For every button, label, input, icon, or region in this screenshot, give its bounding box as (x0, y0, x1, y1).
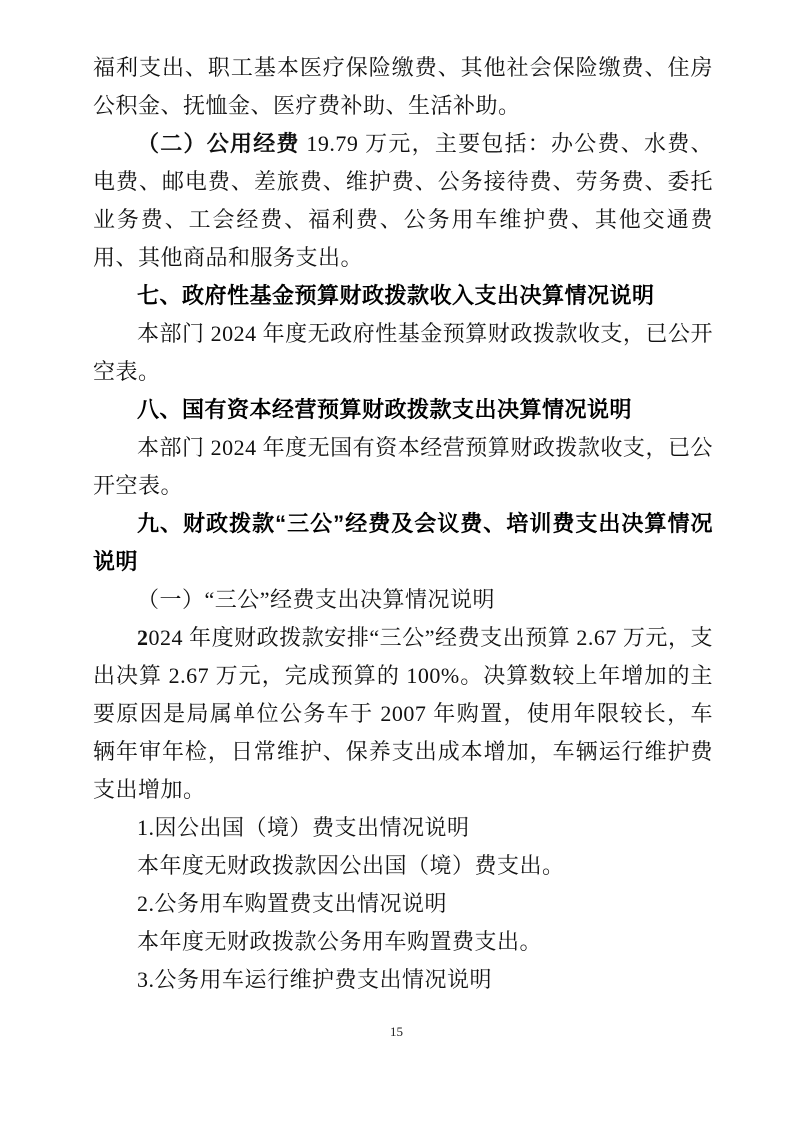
text-run: 本年度无财政拨款公务用车购置费支出。 (137, 929, 542, 954)
page-number: 15 (0, 1024, 793, 1040)
section-heading: 七、政府性基金预算财政拨款收入支出决算情况说明 (93, 277, 713, 315)
sub-heading: 2.公务用车购置费支出情况说明 (93, 885, 713, 923)
body-paragraph: 本部门 2024 年度无国有资本经营预算财政拨款收支，已公开空表。 (93, 429, 713, 505)
text-run: 2.公务用车购置费支出情况说明 (137, 891, 447, 916)
sub-heading: （一）“三公”经费支出决算情况说明 (93, 581, 713, 619)
text-run: 本部门 2024 年度无政府性基金预算财政拨款收支，已公开空表。 (93, 321, 713, 384)
text-run: 本年度无财政拨款因公出国（境）费支出。 (137, 853, 565, 878)
text-run: 本部门 2024 年度无国有资本经营预算财政拨款收支，已公开空表。 (93, 435, 713, 498)
text-run: 1.因公出国（境）费支出情况说明 (137, 815, 470, 840)
text-run: 024 年度财政拨款安排“三公”经费支出预算 2.67 万元，支出决算 2.67… (93, 625, 713, 802)
text-run-bold: 七、政府性基金预算财政拨款收入支出决算情况说明 (137, 283, 655, 308)
text-run-bold: 九、财政拨款“三公”经费及会议费、培训费支出决算情况说明 (93, 511, 713, 574)
document-content: 福利支出、职工基本医疗保险缴费、其他社会保险缴费、住房公积金、抚恤金、医疗费补助… (93, 49, 713, 999)
sub-heading: 1.因公出国（境）费支出情况说明 (93, 809, 713, 847)
body-paragraph: 本部门 2024 年度无政府性基金预算财政拨款收支，已公开空表。 (93, 315, 713, 391)
body-paragraph: 本年度无财政拨款公务用车购置费支出。 (93, 923, 713, 961)
text-run-bold: （二）公用经费 (137, 131, 300, 156)
text-run: 3.公务用车运行维护费支出情况说明 (137, 967, 492, 992)
body-paragraph: 福利支出、职工基本医疗保险缴费、其他社会保险缴费、住房公积金、抚恤金、医疗费补助… (93, 49, 713, 125)
body-paragraph: 2024 年度财政拨款安排“三公”经费支出预算 2.67 万元，支出决算 2.6… (93, 619, 713, 809)
text-run: 福利支出、职工基本医疗保险缴费、其他社会保险缴费、住房公积金、抚恤金、医疗费补助… (93, 55, 713, 118)
text-run-bold: 八、国有资本经营预算财政拨款支出决算情况说明 (137, 397, 632, 422)
body-paragraph: 本年度无财政拨款因公出国（境）费支出。 (93, 847, 713, 885)
section-heading: 八、国有资本经营预算财政拨款支出决算情况说明 (93, 391, 713, 429)
body-paragraph: （二）公用经费 19.79 万元，主要包括：办公费、水费、电费、邮电费、差旅费、… (93, 125, 713, 277)
document-page: 福利支出、职工基本医疗保险缴费、其他社会保险缴费、住房公积金、抚恤金、医疗费补助… (0, 0, 793, 1122)
section-heading: 九、财政拨款“三公”经费及会议费、培训费支出决算情况说明 (93, 505, 713, 581)
sub-heading: 3.公务用车运行维护费支出情况说明 (93, 961, 713, 999)
text-run-bold: 2 (137, 625, 149, 650)
text-run: （一）“三公”经费支出决算情况说明 (137, 587, 495, 612)
